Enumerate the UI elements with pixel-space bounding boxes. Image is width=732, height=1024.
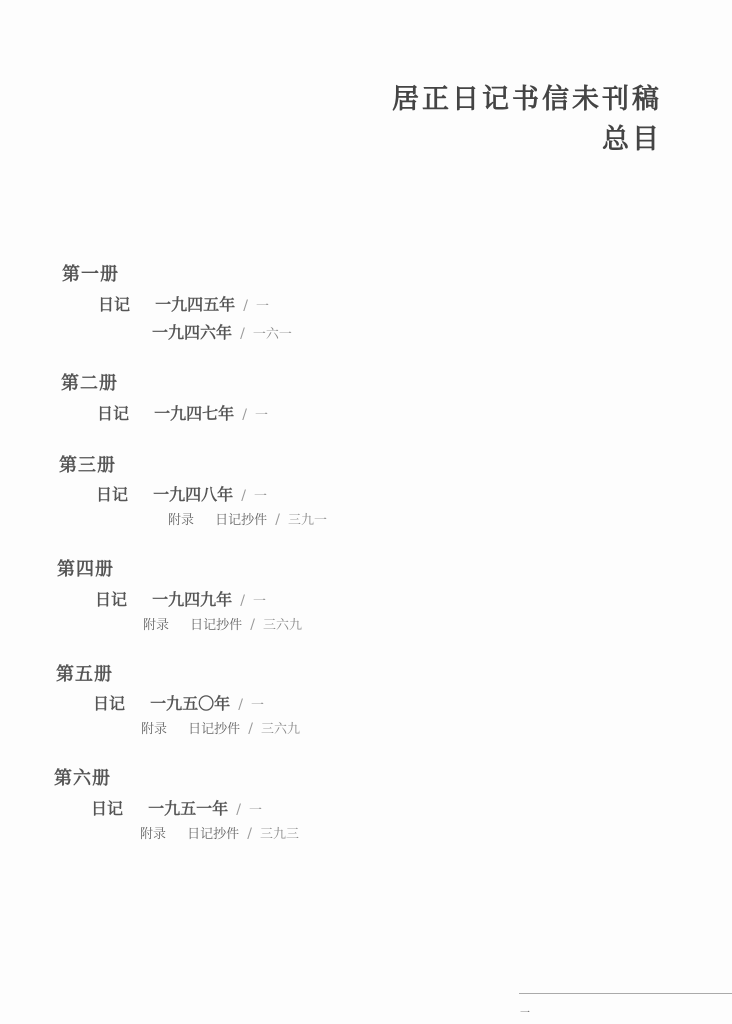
appendix-page: 三六九 — [261, 722, 300, 737]
appendix-title: 日记抄件 — [187, 827, 239, 842]
appendix-label: 附录 — [141, 722, 167, 737]
appendix-entry[interactable]: 附录 日记抄件 / 三九三 — [140, 823, 299, 842]
volume-title: 第一册 — [62, 260, 119, 286]
entry-category: 日记 — [93, 694, 125, 713]
entry-page: 一 — [251, 698, 264, 713]
entry-category: 日记 — [97, 404, 129, 423]
appendix-entry[interactable]: 附录 日记抄件 / 三六九 — [141, 718, 300, 737]
separator: / — [238, 697, 243, 713]
entry-year: 一九四八年 — [153, 485, 233, 504]
separator: / — [241, 488, 246, 504]
toc-entry[interactable]: 一九四六年 / 一六一 — [152, 320, 292, 343]
entry-page: 一 — [249, 803, 262, 818]
footer-rule — [519, 993, 732, 994]
appendix-entry[interactable]: 附录 日记抄件 / 三六九 — [143, 614, 302, 633]
volume-title: 第六册 — [54, 764, 111, 790]
separator: / — [240, 593, 245, 609]
toc-entry[interactable]: 日记 一九五〇年 / 一 — [93, 691, 264, 714]
separator: / — [248, 721, 253, 737]
appendix-title: 日记抄件 — [188, 722, 240, 737]
entry-year: 一九四六年 — [152, 323, 232, 342]
separator: / — [242, 407, 247, 423]
toc-entry[interactable]: 日记 一九四五年 / 一 — [98, 292, 269, 315]
entry-page: 一 — [253, 594, 266, 609]
appendix-entry[interactable]: 附录 日记抄件 / 三九一 — [168, 509, 327, 528]
volume-title: 第三册 — [59, 451, 116, 477]
volume-title: 第二册 — [61, 369, 118, 395]
entry-year: 一九四五年 — [155, 295, 235, 314]
separator: / — [250, 617, 255, 633]
entry-page: 一 — [255, 408, 268, 423]
entry-category: 日记 — [98, 295, 130, 314]
volume-title: 第四册 — [57, 555, 114, 581]
page-number: 一 — [520, 1004, 530, 1019]
toc-entry[interactable]: 日记 一九四九年 / 一 — [95, 587, 266, 610]
separator: / — [240, 326, 245, 342]
volume-title: 第五册 — [56, 660, 113, 686]
entry-year: 一九四九年 — [152, 590, 232, 609]
separator: / — [236, 802, 241, 818]
entry-page: 一 — [256, 299, 269, 314]
appendix-page: 三九三 — [260, 827, 299, 842]
appendix-page: 三九一 — [288, 513, 327, 528]
contents-heading: 总目 — [392, 122, 662, 158]
toc-entry[interactable]: 日记 一九四七年 / 一 — [97, 401, 268, 424]
separator: / — [243, 298, 248, 314]
entry-category: 日记 — [96, 485, 128, 504]
entry-year: 一九四七年 — [154, 404, 234, 423]
toc-entry[interactable]: 日记 一九五一年 / 一 — [91, 796, 262, 819]
book-title: 居正日记书信未刊稿 — [392, 82, 662, 118]
appendix-title: 日记抄件 — [190, 618, 242, 633]
appendix-title: 日记抄件 — [215, 513, 267, 528]
entry-category: 日记 — [91, 799, 123, 818]
toc-entry[interactable]: 日记 一九四八年 / 一 — [96, 482, 267, 505]
entry-page: 一 — [254, 489, 267, 504]
title-block: 居正日记书信未刊稿 总目 — [392, 82, 662, 158]
separator: / — [275, 512, 280, 528]
entry-category: 日记 — [95, 590, 127, 609]
appendix-page: 三六九 — [263, 618, 302, 633]
appendix-label: 附录 — [168, 513, 194, 528]
entry-year: 一九五〇年 — [150, 694, 230, 713]
entry-year: 一九五一年 — [148, 799, 228, 818]
appendix-label: 附录 — [143, 618, 169, 633]
appendix-label: 附录 — [140, 827, 166, 842]
entry-page: 一六一 — [253, 327, 292, 342]
separator: / — [247, 826, 252, 842]
